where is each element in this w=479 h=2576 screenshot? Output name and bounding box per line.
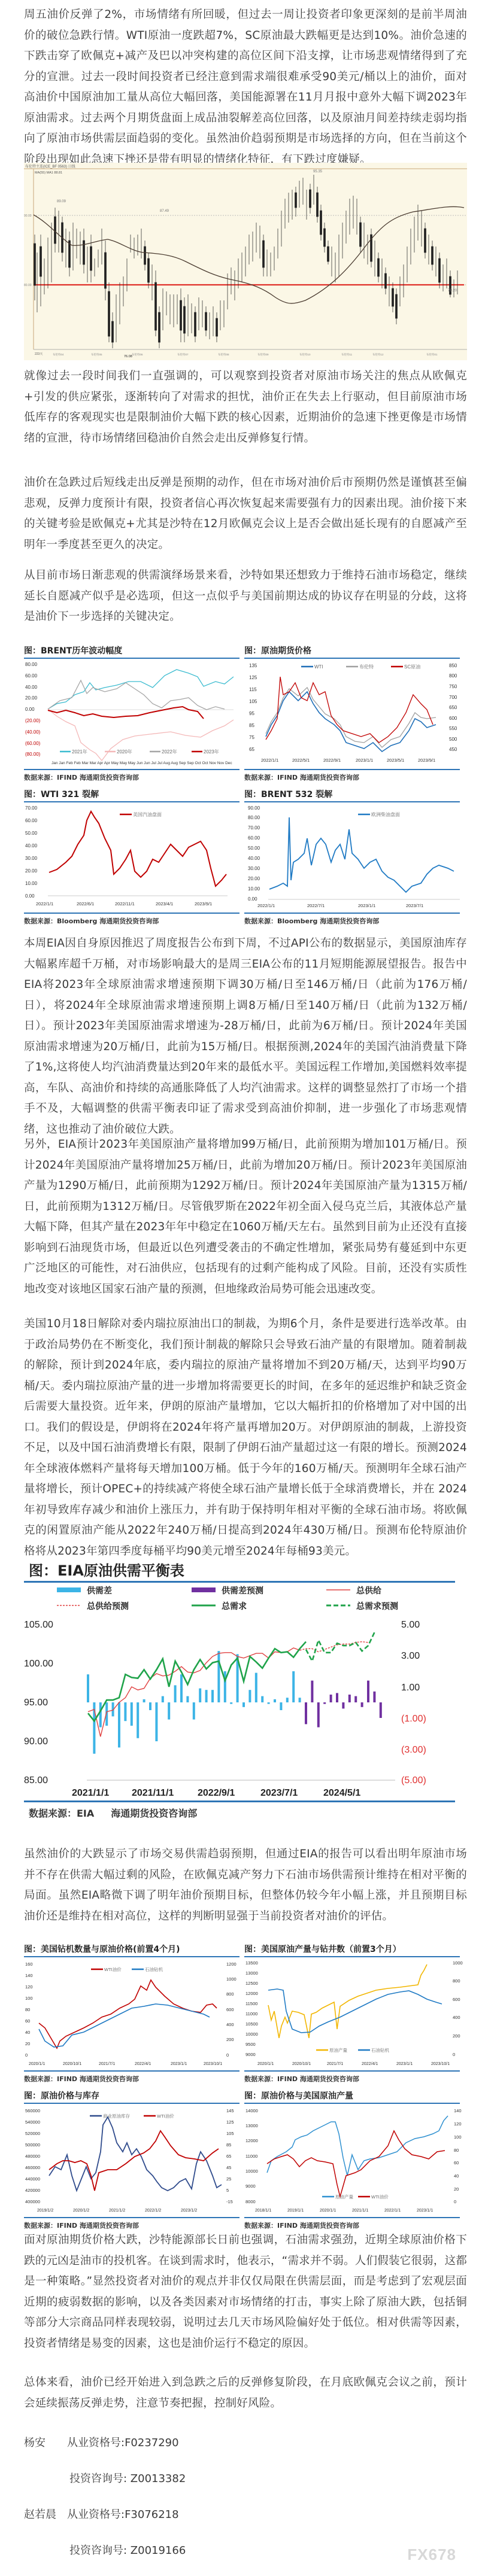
svg-text:440000: 440000 <box>25 2176 40 2182</box>
svg-text:85.00: 85.00 <box>24 1775 48 1786</box>
svg-text:布伦特01: 布伦特01 <box>426 352 438 357</box>
svg-text:0.00: 0.00 <box>248 896 257 902</box>
svg-text:13000: 13000 <box>245 2123 258 2128</box>
rigs-vs-price-chart: 图：美国钻机数量与原油价格(前置4个月) 160 140 120 100 80 … <box>24 1942 239 2076</box>
svg-text:2024/5/1: 2024/5/1 <box>323 1788 360 1798</box>
chart-title: 图：美国钻机数量与原油价格(前置4个月) <box>24 1942 239 1957</box>
svg-text:200: 200 <box>453 2033 460 2039</box>
chart-source: 数据来源：Bloomberg 海通期货投资咨询部 <box>24 913 239 926</box>
svg-text:70.00: 70.00 <box>25 805 38 811</box>
svg-text:85: 85 <box>226 2142 231 2148</box>
svg-text:2020/1/1: 2020/1/1 <box>320 2209 336 2213</box>
svg-text:(3.00): (3.00) <box>401 1745 426 1755</box>
svg-text:120: 120 <box>454 2121 462 2127</box>
chart-source: 数据来源：IFIND 海通期货投资咨询部 <box>24 2217 239 2230</box>
svg-text:90.00: 90.00 <box>24 1736 48 1747</box>
svg-text:145: 145 <box>226 2108 234 2113</box>
svg-text:总供给: 总供给 <box>356 1586 381 1595</box>
svg-text:20.00: 20.00 <box>248 876 260 881</box>
author-name: 杨安 <box>24 2434 67 2450</box>
svg-text:2022/1/2: 2022/1/2 <box>145 2209 161 2213</box>
svg-text:2021/1/1: 2021/1/1 <box>352 2209 368 2213</box>
svg-text:2022/6/1: 2022/6/1 <box>77 901 94 907</box>
svg-text:10.00: 10.00 <box>248 886 260 892</box>
svg-text:13500: 13500 <box>245 1960 258 1966</box>
svg-text:90.00: 90.00 <box>248 805 260 811</box>
svg-text:520000: 520000 <box>25 2131 40 2136</box>
svg-text:76.08: 76.08 <box>124 355 132 358</box>
svg-text:2021/7/1: 2021/7/1 <box>327 2062 343 2066</box>
svg-text:460000: 460000 <box>25 2165 40 2170</box>
svg-text:450: 450 <box>449 747 457 752</box>
svg-text:2022/1/1: 2022/1/1 <box>261 758 278 763</box>
svg-text:80: 80 <box>25 2007 30 2012</box>
svg-text:布伦特11: 布伦特11 <box>341 352 353 357</box>
svg-text:540000: 540000 <box>25 2119 40 2125</box>
author-1: 杨安从业资格号:F0237290 <box>24 2434 179 2450</box>
svg-text:600: 600 <box>226 2007 234 2012</box>
grid-label-80: 80.00 <box>24 284 32 287</box>
svg-text:石油钻机: 石油钻机 <box>145 1966 163 1972</box>
svg-text:80: 80 <box>454 2148 459 2153</box>
svg-text:2019/1/1: 2019/1/1 <box>287 2209 304 2213</box>
wti-321-chart: 图：WTI 321 裂解 70.00 60.00 50.00 40.00 30.… <box>24 787 239 921</box>
svg-text:125: 125 <box>249 675 257 680</box>
svg-text:2022/1/1: 2022/1/1 <box>384 2209 401 2213</box>
price-vs-inventory-chart: 图：原油价格与库存 560000 540000 520000 500000 48… <box>24 2088 239 2223</box>
svg-text:95: 95 <box>249 711 254 716</box>
svg-text:(80.00): (80.00) <box>25 752 41 757</box>
wti-321-svg: 70.00 60.00 50.00 40.00 30.00 20.00 10.0… <box>24 802 239 910</box>
paragraph-7: 美国10月18日解除对委内瑞拉原油出口的制裁，为期6个月，条件是要进行选举改革。… <box>24 1314 467 1562</box>
paragraph-2: 就像过去一段时间我们一直强调的，可以观察到投资者对原油市场关注的焦点从欧佩克+引… <box>24 366 467 449</box>
svg-text:(40.00): (40.00) <box>25 729 41 735</box>
eia-bars <box>87 1651 382 1754</box>
svg-text:20: 20 <box>25 2041 30 2046</box>
svg-text:60.00: 60.00 <box>248 835 260 841</box>
svg-text:布伦特08: 布伦特08 <box>218 352 229 357</box>
svg-text:65: 65 <box>249 747 254 752</box>
svg-text:美国汽油盘面: 美国汽油盘面 <box>133 811 162 817</box>
svg-text:60: 60 <box>25 2018 30 2024</box>
svg-text:105: 105 <box>226 2131 234 2136</box>
svg-text:25: 25 <box>226 2176 231 2182</box>
svg-text:14000: 14000 <box>245 2108 258 2113</box>
svg-text:布伦特: 布伦特 <box>359 664 374 670</box>
svg-text:总供给预测: 总供给预测 <box>87 1601 129 1611</box>
svg-text:30.00: 30.00 <box>25 856 38 861</box>
svg-text:1000: 1000 <box>226 1976 237 1982</box>
paragraph-5: 本周EIA因自身原因推迟了周度报告公布到下周，不过API公布的数据显示，美国原油… <box>24 933 467 1140</box>
svg-text:9000: 9000 <box>245 2052 256 2057</box>
svg-text:800: 800 <box>226 1991 234 1997</box>
chart-grid-1: 图：BRENT历年波动幅度 80.00 60.00 40.00 20.00 0.… <box>24 643 467 921</box>
svg-text:10.00: 10.00 <box>25 881 38 886</box>
svg-text:85: 85 <box>249 723 254 728</box>
chart-source: 数据来源：IFIND 海通期货投资咨询部 <box>24 2070 239 2084</box>
chart-source: 数据来源：IFIND 海通期货投资咨询部 <box>244 2217 460 2230</box>
chart-source: 数据来源：IFIND 海通期货投资咨询部 <box>24 769 239 782</box>
svg-text:800: 800 <box>449 673 457 679</box>
svg-text:2023/10/1: 2023/10/1 <box>204 2062 222 2066</box>
svg-text:100.00: 100.00 <box>24 1659 53 1669</box>
svg-text:0.00: 0.00 <box>25 707 35 712</box>
svg-text:223天: 223天 <box>35 352 43 356</box>
chart-source: 数据来源：Bloomberg 海通期货投资咨询部 <box>244 913 460 926</box>
svg-text:40: 40 <box>25 2030 30 2035</box>
svg-text:95.00: 95.00 <box>24 1698 48 1708</box>
svg-text:550: 550 <box>449 726 457 731</box>
brent-candlestick-chart: 布伦特主连(ICE_BF 0563) 日线 MA(55) MA1 88.81 9… <box>24 163 467 360</box>
svg-text:石油钻机: 石油钻机 <box>371 2047 389 2053</box>
svg-text:2019/1/2: 2019/1/2 <box>37 2209 53 2213</box>
eia-balance-svg: 供需差 供需差预测 总供给 总供给预测 总需求 总需求预测 105.00 100… <box>24 1583 455 1798</box>
svg-text:12000: 12000 <box>245 1991 258 1996</box>
svg-text:40.00: 40.00 <box>25 685 38 690</box>
brent-532-chart: 图：BRENT 532 裂解 90.00 80.00 70.00 60.00 5… <box>244 787 460 921</box>
svg-text:87.49: 87.49 <box>160 209 169 213</box>
svg-text:1200: 1200 <box>226 1961 237 1967</box>
svg-text:WTI: WTI <box>314 664 323 670</box>
price-vs-inventory-svg: 560000 540000 520000 500000 480000 46000… <box>24 2104 239 2215</box>
svg-text:商业原油库存: 商业原油库存 <box>103 2113 130 2119</box>
svg-text:70.00: 70.00 <box>248 825 260 831</box>
svg-text:供需差: 供需差 <box>87 1586 112 1595</box>
output-vs-rigs-chart: 图：美国原油产量与钻井数（前置3个月） 13500 13000 12500 12… <box>244 1942 460 2076</box>
svg-text:40.00: 40.00 <box>248 856 260 861</box>
price-vs-output-chart: 图：原油价格与美国原油产量 14000 13000 12000 11000 10… <box>244 2088 460 2223</box>
svg-text:3.00: 3.00 <box>401 1651 420 1661</box>
author-2-consult: 投资咨询号: Z0019166 <box>69 2542 186 2557</box>
svg-text:2023/1/2: 2023/1/2 <box>181 2209 197 2213</box>
svg-text:2022年: 2022年 <box>162 749 177 755</box>
svg-text:原油产量: 原油产量 <box>329 2047 347 2053</box>
svg-text:480000: 480000 <box>25 2154 40 2159</box>
svg-text:布伦特05: 布伦特05 <box>91 352 102 357</box>
chart-title: 图：美国原油产量与钻井数（前置3个月） <box>244 1942 460 1957</box>
svg-text:60.00: 60.00 <box>25 818 38 823</box>
svg-text:SC原油: SC原油 <box>404 664 420 670</box>
svg-text:420000: 420000 <box>25 2188 40 2193</box>
svg-text:WTI油价: WTI油价 <box>104 1966 122 1972</box>
chart-source: 数据来源：IFIND 海通期货投资咨询部 <box>244 2070 460 2084</box>
svg-text:8000: 8000 <box>245 2199 256 2204</box>
svg-text:13000: 13000 <box>245 1970 258 1976</box>
svg-text:400: 400 <box>453 2015 460 2020</box>
svg-text:(60.00): (60.00) <box>25 741 41 746</box>
svg-text:45: 45 <box>226 2165 231 2170</box>
svg-text:2022/11/1: 2022/11/1 <box>115 901 135 907</box>
svg-text:20: 20 <box>454 2186 459 2192</box>
svg-text:2023/7/1: 2023/7/1 <box>406 903 423 908</box>
svg-text:9000: 9000 <box>245 2183 256 2189</box>
svg-text:200: 200 <box>226 2037 234 2042</box>
svg-text:布伦特04: 布伦特04 <box>53 352 64 357</box>
paragraph-3: 油价在急跌过后短线走出反弹是预期的动作，但在市场对油价后市预期仍然是谨慎甚至偏悲… <box>24 473 467 555</box>
svg-text:500000: 500000 <box>25 2142 40 2148</box>
svg-text:40: 40 <box>454 2173 459 2179</box>
svg-text:600: 600 <box>449 716 457 721</box>
svg-text:9500: 9500 <box>245 2042 256 2047</box>
svg-text:2022/4/1: 2022/4/1 <box>362 2062 378 2066</box>
chart-title: 图：原油价格与库存 <box>24 2088 239 2104</box>
svg-text:2020/1/2: 2020/1/2 <box>73 2209 89 2213</box>
svg-text:2023/1/1: 2023/1/1 <box>171 2062 187 2066</box>
svg-text:WTI油价: WTI油价 <box>157 2113 174 2119</box>
svg-text:750: 750 <box>449 684 457 689</box>
output-vs-rigs-svg: 13500 13000 12500 12000 11500 11000 1050… <box>244 1957 467 2068</box>
svg-text:12000: 12000 <box>245 2138 258 2143</box>
svg-text:2020/1/1: 2020/1/1 <box>29 2062 45 2066</box>
svg-text:400000: 400000 <box>25 2199 40 2204</box>
svg-text:500: 500 <box>449 737 457 742</box>
svg-text:2023/1/1: 2023/1/1 <box>356 758 373 763</box>
candle-ma-label: MA(55) MA1 88.81 <box>35 171 62 175</box>
svg-text:2021/7/1: 2021/7/1 <box>99 2062 115 2066</box>
eia-balance-chart: 图：EIA原油供需平衡表 供需差 供需差预测 总供给 总供给预测 总需求 总需求… <box>24 1559 455 1828</box>
svg-text:50.00: 50.00 <box>248 846 260 851</box>
svg-text:2020年: 2020年 <box>117 749 132 755</box>
eia-chart-title: 图：EIA原油供需平衡表 <box>24 1559 455 1583</box>
rigs-vs-price-svg: 160 140 120 100 80 60 40 20 0 1200 1000 … <box>24 1957 239 2068</box>
svg-text:总需求预测: 总需求预测 <box>356 1601 398 1611</box>
svg-text:30.00: 30.00 <box>248 866 260 871</box>
svg-text:11500: 11500 <box>245 2001 257 2006</box>
svg-text:50.00: 50.00 <box>25 831 38 836</box>
svg-text:140: 140 <box>454 2108 462 2113</box>
svg-text:5: 5 <box>226 2188 229 2193</box>
svg-text:原油产量: 原油产量 <box>335 2194 353 2200</box>
svg-text:160: 160 <box>25 1961 33 1967</box>
author-1-consult: 投资咨询号: Z0013382 <box>69 2470 186 2486</box>
fx678-watermark: FX678 <box>407 2545 456 2564</box>
svg-text:布伦特09: 布伦特09 <box>257 352 269 357</box>
svg-text:0: 0 <box>454 2199 456 2204</box>
svg-text:2022/9/1: 2022/9/1 <box>323 758 341 763</box>
svg-text:75: 75 <box>249 735 254 740</box>
candlestick-svg: 布伦特主连(ICE_BF 0563) 日线 MA(55) MA1 88.81 9… <box>24 163 467 360</box>
svg-text:140: 140 <box>25 1973 33 1978</box>
chart-grid-2: 图：美国钻机数量与原油价格(前置4个月) 160 140 120 100 80 … <box>24 1942 467 2223</box>
svg-text:布伦特07: 布伦特07 <box>177 352 189 357</box>
svg-text:65: 65 <box>226 2154 231 2159</box>
svg-text:850: 850 <box>449 663 457 668</box>
svg-text:2023/9/1: 2023/9/1 <box>195 901 212 907</box>
svg-text:2021/1/2: 2021/1/2 <box>109 2209 125 2213</box>
chart-title: 图：WTI 321 裂解 <box>24 787 239 802</box>
month-axis: Jan Jan Feb Feb Mar Mar Apr Apr May May … <box>51 761 232 765</box>
svg-text:总需求: 总需求 <box>222 1601 247 1611</box>
svg-text:700: 700 <box>449 695 457 700</box>
svg-text:100: 100 <box>25 1996 33 2001</box>
svg-text:105.00: 105.00 <box>24 1620 53 1630</box>
svg-text:2021年: 2021年 <box>72 749 87 755</box>
svg-text:2023/4/1: 2023/4/1 <box>156 901 173 907</box>
paragraph-1: 周五油价反弹了2%，市场情绪有所回暖，但过去一周让投资者印象更深刻的是前半周油价… <box>24 5 467 170</box>
svg-text:2018/1/1: 2018/1/1 <box>255 2209 271 2213</box>
svg-text:(20.00): (20.00) <box>25 718 41 723</box>
svg-text:2023/9/1: 2023/9/1 <box>418 758 435 763</box>
svg-text:0: 0 <box>226 2052 229 2058</box>
svg-text:80.00: 80.00 <box>248 815 260 820</box>
svg-text:2022/9/1: 2022/9/1 <box>198 1788 235 1798</box>
svg-text:布伦特12: 布伦特12 <box>372 352 384 357</box>
paragraph-4: 从目前市场日渐悲观的供需演绎场景来看，沙特如果还想致力于维持石油市场稳定，继续延… <box>24 565 467 628</box>
svg-text:79.20: 79.20 <box>448 289 457 293</box>
brent-volatility-svg: 80.00 60.00 40.00 20.00 0.00 (20.00) (40… <box>24 659 239 767</box>
author-qualification: 从业资格号:F3076218 <box>67 2508 179 2521</box>
svg-text:20.00: 20.00 <box>25 868 38 874</box>
chart-source: 数据来源：IFIND 海通期货投资咨询部 <box>244 769 460 782</box>
svg-text:2023/1/1: 2023/1/1 <box>396 2062 413 2066</box>
author-name: 赵若晨 <box>24 2506 67 2522</box>
chart-title: 图：BRENT 532 裂解 <box>244 787 460 802</box>
svg-text:2022/7/1: 2022/7/1 <box>307 903 325 908</box>
eia-chart-source: 数据来源：EIA海通期货投资咨询部 <box>24 1801 455 1820</box>
svg-text:40.00: 40.00 <box>25 843 38 848</box>
chart-title: 图：BRENT历年波动幅度 <box>24 643 239 659</box>
svg-text:800: 800 <box>453 1978 460 1984</box>
author-2: 赵若晨从业资格号:F3076218 <box>24 2506 179 2522</box>
svg-text:400: 400 <box>226 2022 234 2027</box>
svg-text:2023/5/1: 2023/5/1 <box>387 758 404 763</box>
svg-text:10000: 10000 <box>245 2031 258 2037</box>
svg-text:2023/1/1: 2023/1/1 <box>358 903 375 908</box>
crude-futures-svg: 135 125 115 105 95 85 75 65 850 800 750 … <box>244 659 467 767</box>
svg-text:89.09: 89.09 <box>57 200 66 203</box>
svg-text:2020/1/1: 2020/1/1 <box>257 2062 274 2066</box>
svg-text:100: 100 <box>454 2134 462 2140</box>
svg-text:650: 650 <box>449 705 457 710</box>
candle-header: 布伦特主连(ICE_BF 0563) 日线 <box>25 164 75 169</box>
svg-text:95.35: 95.35 <box>313 170 323 174</box>
svg-text:125: 125 <box>226 2119 234 2125</box>
price-vs-output-svg: 14000 13000 12000 11000 10000 9000 8000 … <box>244 2104 467 2215</box>
svg-text:12500: 12500 <box>245 1981 258 1986</box>
svg-text:2022/4/1: 2022/4/1 <box>135 2062 151 2066</box>
svg-text:2020/10/1: 2020/10/1 <box>63 2062 81 2066</box>
paragraph-8: 虽然油价的大跌显示了市场交易供需趋弱预期，但通过EIA的报告可以看出明年原油市场… <box>24 1844 467 1927</box>
svg-text:20.00: 20.00 <box>25 695 38 701</box>
svg-text:1.00: 1.00 <box>401 1683 420 1693</box>
chart-title: 图：原油期货价格 <box>244 643 460 659</box>
svg-text:115: 115 <box>249 687 257 692</box>
svg-text:(5.00): (5.00) <box>401 1775 426 1786</box>
svg-text:2023/1/1: 2023/1/1 <box>417 2209 433 2213</box>
svg-text:欧洲柴油盘面: 欧洲柴油盘面 <box>371 811 400 817</box>
svg-text:2023年: 2023年 <box>204 749 219 755</box>
svg-text:5.00: 5.00 <box>401 1620 420 1630</box>
svg-text:2020/10/1: 2020/10/1 <box>292 2062 311 2066</box>
svg-text:120: 120 <box>25 1984 33 1990</box>
crude-futures-chart: 图：原油期货价格 135 125 115 105 95 85 75 65 850… <box>244 643 460 778</box>
svg-text:2021/11/1: 2021/11/1 <box>132 1788 174 1798</box>
svg-text:WTI油价: WTI油价 <box>371 2194 389 2200</box>
svg-text:1000: 1000 <box>453 1960 463 1966</box>
svg-text:80.00: 80.00 <box>25 662 38 667</box>
grid-label-90: 90.00 <box>24 214 32 218</box>
chart-title: 图：原油价格与美国原油产量 <box>244 2088 460 2104</box>
svg-text:11000: 11000 <box>245 2011 257 2017</box>
svg-text:布伦特10: 布伦特10 <box>299 352 311 357</box>
svg-text:10500: 10500 <box>245 2021 258 2027</box>
svg-text:60: 60 <box>454 2160 459 2166</box>
svg-text:135: 135 <box>249 663 257 668</box>
svg-text:-15: -15 <box>226 2199 233 2204</box>
svg-text:供需差预测: 供需差预测 <box>222 1586 263 1595</box>
svg-text:布伦特06: 布伦特06 <box>132 352 143 357</box>
svg-text:0: 0 <box>25 2052 28 2058</box>
paragraph-6: 另外，EIA预计2023年美国原油产量将增加99万桶/日，此前预期为增加101万… <box>24 1135 467 1300</box>
svg-text:2022/1/1: 2022/1/1 <box>257 903 275 908</box>
author-qualification: 从业资格号:F0237290 <box>67 2437 179 2449</box>
brent-volatility-chart: 图：BRENT历年波动幅度 80.00 60.00 40.00 20.00 0.… <box>24 643 239 778</box>
svg-text:(1.00): (1.00) <box>401 1714 426 1724</box>
svg-text:2021/1/1: 2021/1/1 <box>72 1788 109 1798</box>
svg-text:560000: 560000 <box>25 2108 40 2113</box>
svg-text:10000: 10000 <box>245 2169 258 2174</box>
svg-text:600: 600 <box>453 1997 460 2002</box>
svg-text:2023/7/1: 2023/7/1 <box>260 1788 298 1798</box>
svg-text:2022/1/1: 2022/1/1 <box>36 901 53 907</box>
svg-text:2023/10/1: 2023/10/1 <box>431 2062 450 2066</box>
svg-text:60.00: 60.00 <box>25 673 38 679</box>
svg-text:0.00: 0.00 <box>25 893 35 899</box>
paragraph-9: 面对原油期货价格大跌，沙特能源部长日前也强调，石油需求强劲，近期全球原油价格下跌… <box>24 2230 467 2354</box>
svg-text:105: 105 <box>249 699 257 704</box>
svg-text:11000: 11000 <box>245 2154 257 2159</box>
paragraph-10: 总体来看，油价已经开始进入到急跌之后的反弹修复阶段，在月底欧佩克会议之前，预计会… <box>24 2373 467 2414</box>
svg-text:2022/5/1: 2022/5/1 <box>292 758 310 763</box>
svg-text:0: 0 <box>453 2052 455 2057</box>
brent-532-svg: 90.00 80.00 70.00 60.00 50.00 40.00 30.0… <box>244 802 467 910</box>
